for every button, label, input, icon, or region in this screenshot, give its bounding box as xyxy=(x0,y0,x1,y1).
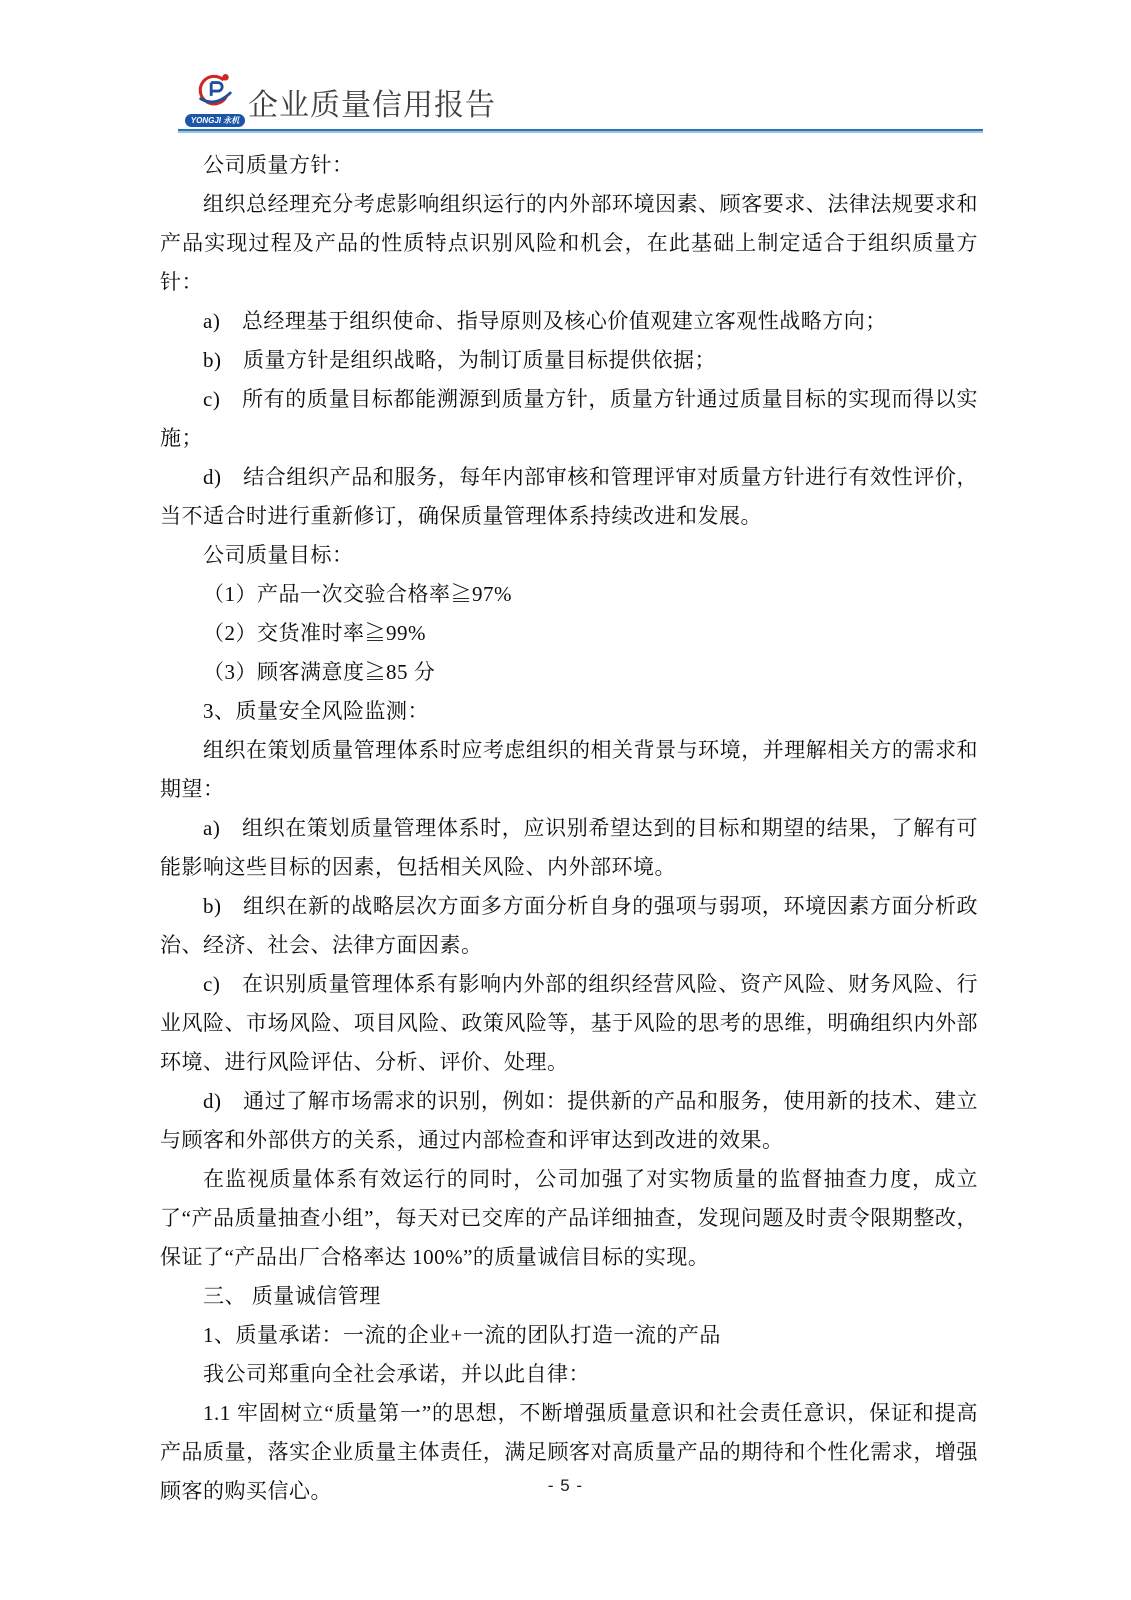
yongji-logo-icon xyxy=(185,73,245,113)
paragraph: 公司质量方针： xyxy=(160,146,978,185)
paragraph: 1、质量承诺：一流的企业+一流的团队打造一流的产品 xyxy=(160,1316,978,1355)
paragraph: b) 组织在新的战略层次方面多方面分析自身的强项与弱项，环境因素方面分析政治、经… xyxy=(160,887,978,965)
yongji-logo-banner-text: YONGJI 永机 xyxy=(191,116,239,125)
paragraph: 三、 质量诚信管理 xyxy=(160,1277,978,1316)
document-content: 公司质量方针：组织总经理充分考虑影响组织运行的内外部环境因素、顾客要求、法律法规… xyxy=(160,146,978,1511)
paragraph: 公司质量目标： xyxy=(160,536,978,575)
page-number: - 5 - xyxy=(548,1476,583,1495)
paragraph: 在监视质量体系有效运行的同时，公司加强了对实物质量的监督抽查力度，成立了“产品质… xyxy=(160,1160,978,1277)
paragraph: c) 所有的质量目标都能溯源到质量方针，质量方针通过质量目标的实现而得以实施； xyxy=(160,380,978,458)
header-rule xyxy=(178,129,983,133)
paragraph: b) 质量方针是组织战略，为制订质量目标提供依据； xyxy=(160,341,978,380)
paragraph: 我公司郑重向全社会承诺，并以此自律： xyxy=(160,1355,978,1394)
yongji-logo: YONGJI 永机 xyxy=(185,73,247,127)
paragraph: 3、质量安全风险监测： xyxy=(160,692,978,731)
paragraph: （2）交货准时率≧99% xyxy=(160,614,978,653)
yongji-logo-banner: YONGJI 永机 xyxy=(185,114,245,127)
paragraph: a) 总经理基于组织使命、指导原则及核心价值观建立客观性战略方向； xyxy=(160,302,978,341)
paragraph: d) 结合组织产品和服务，每年内部审核和管理评审对质量方针进行有效性评价，当不适… xyxy=(160,458,978,536)
page-title: 企业质量信用报告 xyxy=(248,80,496,124)
paragraph: a) 组织在策划质量管理体系时，应识别希望达到的目标和期望的结果，了解有可能影响… xyxy=(160,809,978,887)
paragraph: c) 在识别质量管理体系有影响内外部的组织经营风险、资产风险、财务风险、行业风险… xyxy=(160,965,978,1082)
paragraph: 组织在策划质量管理体系时应考虑组织的相关背景与环境，并理解相关方的需求和期望： xyxy=(160,731,978,809)
page-footer: - 5 - xyxy=(0,1476,1131,1496)
paragraph: （1）产品一次交验合格率≧97% xyxy=(160,575,978,614)
paragraph: 组织总经理充分考虑影响组织运行的内外部环境因素、顾客要求、法律法规要求和产品实现… xyxy=(160,185,978,302)
paragraph: d) 通过了解市场需求的识别，例如：提供新的产品和服务，使用新的技术、建立与顾客… xyxy=(160,1082,978,1160)
report-page: YONGJI 永机 企业质量信用报告 公司质量方针：组织总经理充分考虑影响组织运… xyxy=(0,0,1131,1600)
paragraph: （3）顾客满意度≧85 分 xyxy=(160,653,978,692)
